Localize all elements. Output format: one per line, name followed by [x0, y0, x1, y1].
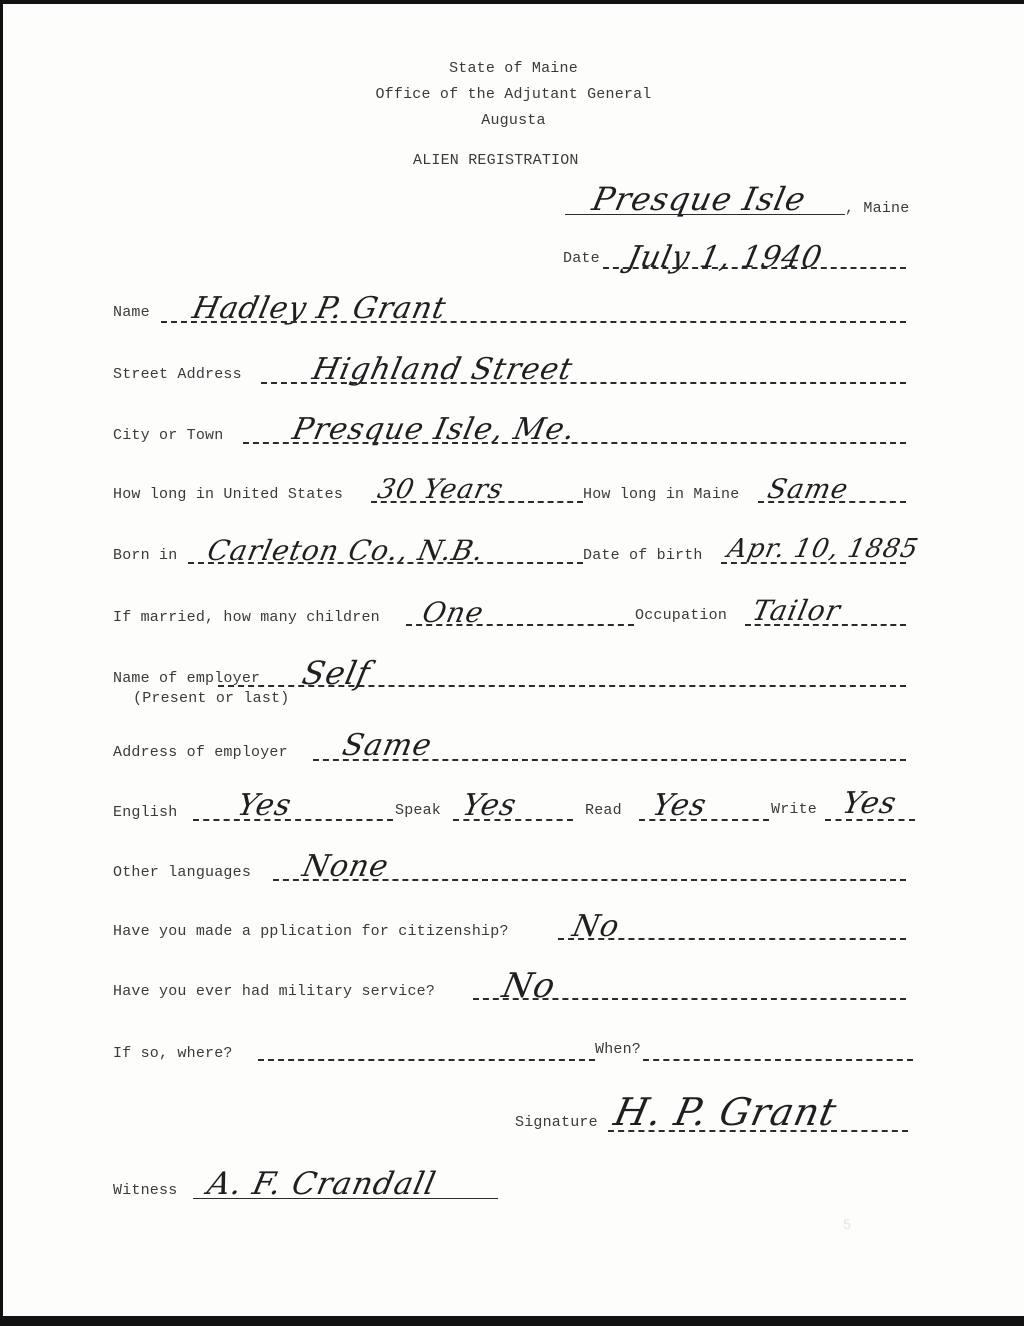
military-value: No: [499, 966, 560, 1006]
employer-line: [218, 685, 906, 687]
location-suffix: , Maine: [845, 200, 909, 217]
where-label: If so, where?: [113, 1045, 233, 1062]
citizenship-line: [558, 938, 906, 940]
street-line: [261, 382, 906, 384]
other-languages-line: [273, 879, 906, 881]
date-line: [603, 267, 906, 269]
citizenship-label: Have you made a pplication for citizensh…: [113, 923, 509, 940]
english-line: [193, 819, 393, 821]
form-title: ALIEN REGISTRATION: [413, 152, 579, 169]
where-line: [258, 1059, 595, 1061]
name-line: [161, 321, 906, 323]
dob-label: Date of birth: [583, 547, 703, 564]
location-line: [565, 214, 845, 215]
date-label: Date: [563, 250, 600, 267]
write-label: Write: [771, 801, 817, 818]
employer-address-line: [313, 759, 906, 761]
years-maine-label: How long in Maine: [583, 486, 739, 503]
write-line: [825, 819, 915, 821]
years-us-label: How long in United States: [113, 486, 343, 503]
street-label: Street Address: [113, 366, 242, 383]
years-maine-line: [758, 501, 906, 503]
document-page: State of Maine Office of the Adjutant Ge…: [3, 4, 1024, 1316]
military-line: [473, 998, 906, 1000]
military-label: Have you ever had military service?: [113, 983, 435, 1000]
children-label: If married, how many children: [113, 609, 380, 626]
employer-sublabel: (Present or last): [133, 690, 289, 707]
city-label: City or Town: [113, 427, 223, 444]
faint-stamp: 5: [843, 1216, 857, 1232]
occupation-value: Tailor: [749, 594, 843, 627]
name-label: Name: [113, 304, 150, 321]
header-office: Office of the Adjutant General: [3, 86, 1024, 103]
location-value: Presque Isle: [589, 180, 810, 218]
witness-value: A. F. Crandall: [204, 1166, 439, 1202]
employer-address-value: Same: [339, 728, 435, 763]
employer-address-label: Address of employer: [113, 744, 288, 761]
header-city: Augusta: [3, 112, 1024, 129]
signature-value: H. P. Grant: [610, 1090, 841, 1134]
english-label: English: [113, 804, 177, 821]
occupation-label: Occupation: [635, 607, 727, 624]
children-line: [406, 624, 634, 626]
speak-line: [453, 819, 573, 821]
born-in-label: Born in: [113, 547, 177, 564]
years-us-line: [371, 501, 583, 503]
occupation-line: [745, 624, 906, 626]
dob-line: [721, 562, 906, 564]
when-line: [643, 1059, 913, 1061]
speak-value: Yes: [459, 788, 520, 823]
city-line: [243, 442, 906, 444]
read-line: [639, 819, 769, 821]
when-label: When?: [595, 1041, 641, 1058]
date-value: July 1, 1940: [624, 240, 825, 275]
signature-label: Signature: [515, 1114, 598, 1131]
read-value: Yes: [649, 788, 710, 823]
witness-line: [193, 1198, 498, 1199]
write-value: Yes: [839, 786, 900, 821]
english-value: Yes: [234, 788, 295, 823]
speak-label: Speak: [395, 802, 441, 819]
signature-line: [608, 1130, 908, 1132]
header-state: State of Maine: [3, 60, 1024, 77]
read-label: Read: [585, 802, 622, 819]
other-languages-label: Other languages: [113, 864, 251, 881]
dob-value: Apr. 10, 1885: [725, 534, 922, 564]
born-in-line: [188, 562, 583, 564]
witness-label: Witness: [113, 1182, 177, 1199]
